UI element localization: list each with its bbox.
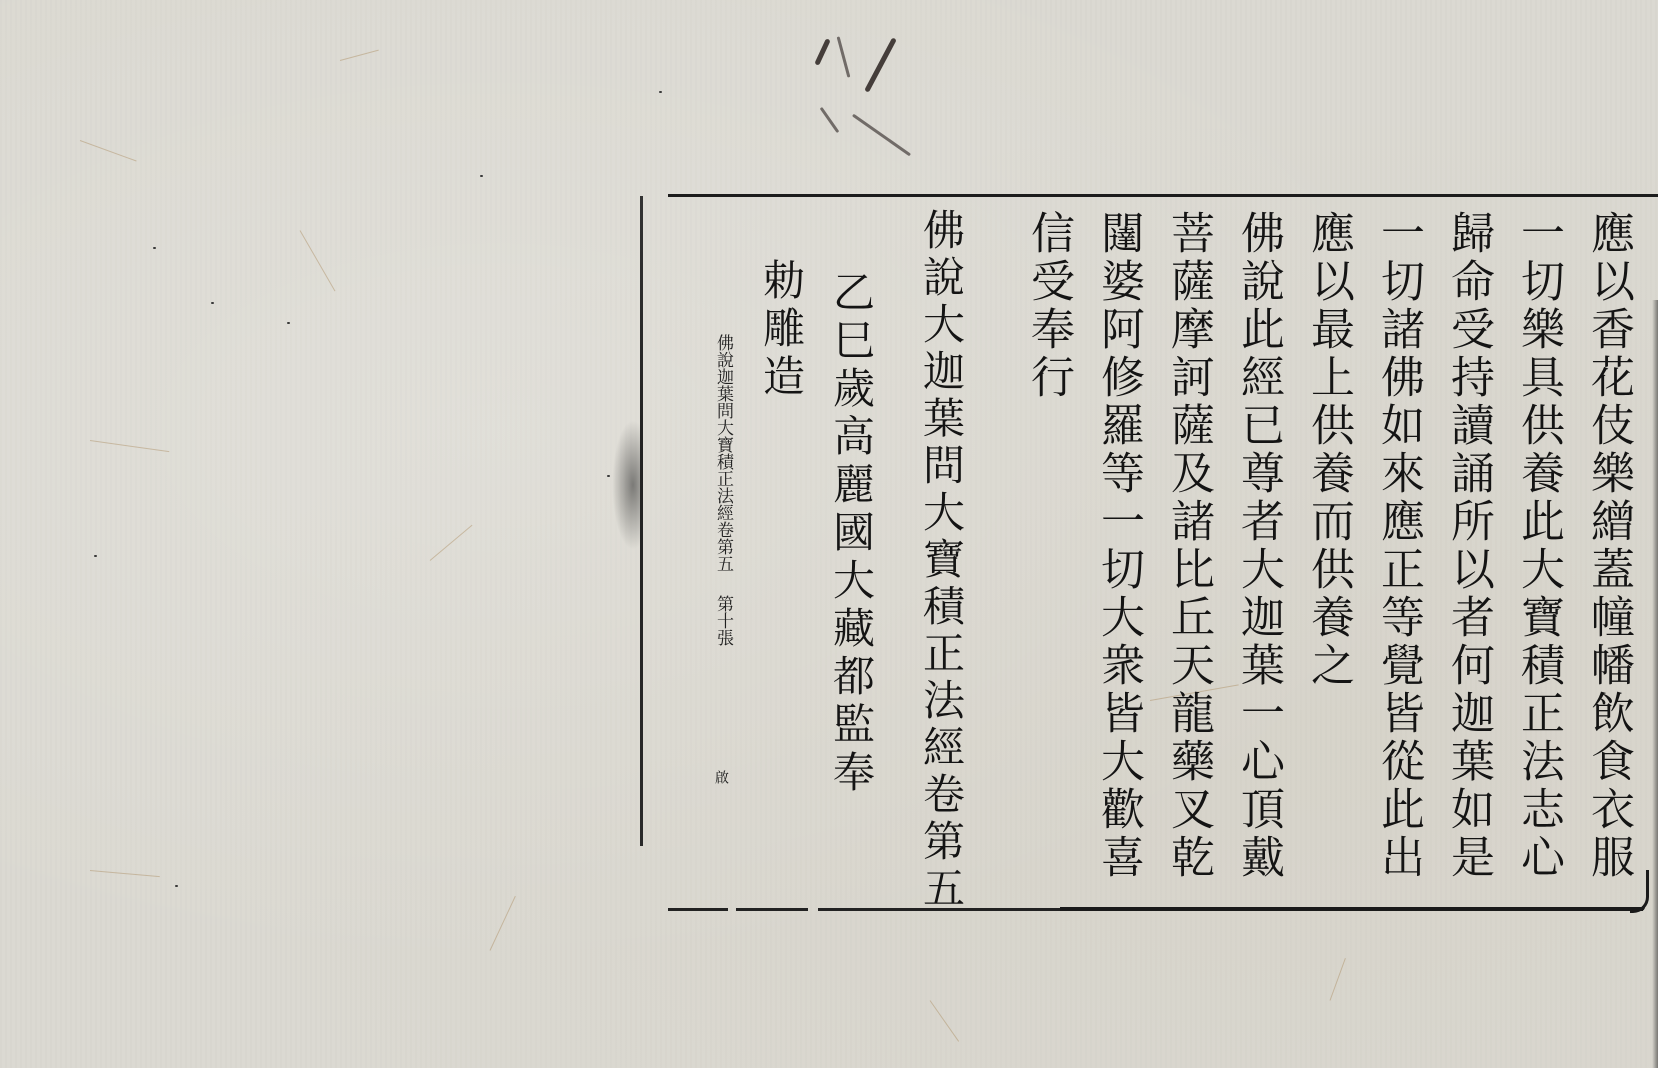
colophon-line-2: 勅雕造 (760, 258, 802, 402)
paper-speck (287, 322, 290, 324)
text-column-8: 闥婆阿修羅等一切大衆皆大歡喜 (1096, 210, 1140, 882)
block-frame-bottom-border-right (1060, 907, 1645, 911)
text-column-5: 應以最上供養而供養之 (1306, 210, 1350, 690)
scan-bottom-margin (0, 1068, 1662, 1080)
sutra-title: 佛說大迦葉問大寶積正法經卷第五 (920, 208, 962, 913)
block-frame-top-border (668, 194, 1658, 197)
margin-title: 佛說迦葉問大寶積正法經卷第五 (714, 334, 731, 572)
colophon-line-1: 乙巳歲高麗國大藏都監奉 (830, 270, 872, 798)
text-column-7: 菩薩摩訶薩及諸比丘天龍藥叉乾 (1166, 210, 1210, 882)
ink-smudge (612, 420, 642, 550)
text-column-3: 歸命受持讀誦所以者何迦葉如是 (1446, 210, 1490, 882)
text-column-4: 一切諸佛如來應正等覺皆從此出 (1376, 210, 1420, 882)
paper-speck (175, 885, 178, 887)
paper-speck (480, 175, 483, 177)
paper-speck (94, 555, 97, 557)
scan-edge (1658, 0, 1662, 1080)
carver-mark: 啟 (714, 770, 728, 784)
text-column-2: 一切樂具供養此大寶積正法志心 (1516, 210, 1560, 882)
paper-speck (211, 302, 214, 304)
text-column-6: 佛說此經已尊者大迦葉一心頂戴 (1236, 210, 1280, 882)
paper-speck (659, 91, 662, 93)
text-column-9: 信受奉行 (1026, 210, 1070, 402)
paper-speck (607, 475, 610, 477)
text-column-1: 應以香花伎樂繒蓋幢幡飲食衣服 (1586, 210, 1630, 882)
page-number: 第十張 (714, 595, 731, 646)
paper-speck (153, 247, 156, 249)
